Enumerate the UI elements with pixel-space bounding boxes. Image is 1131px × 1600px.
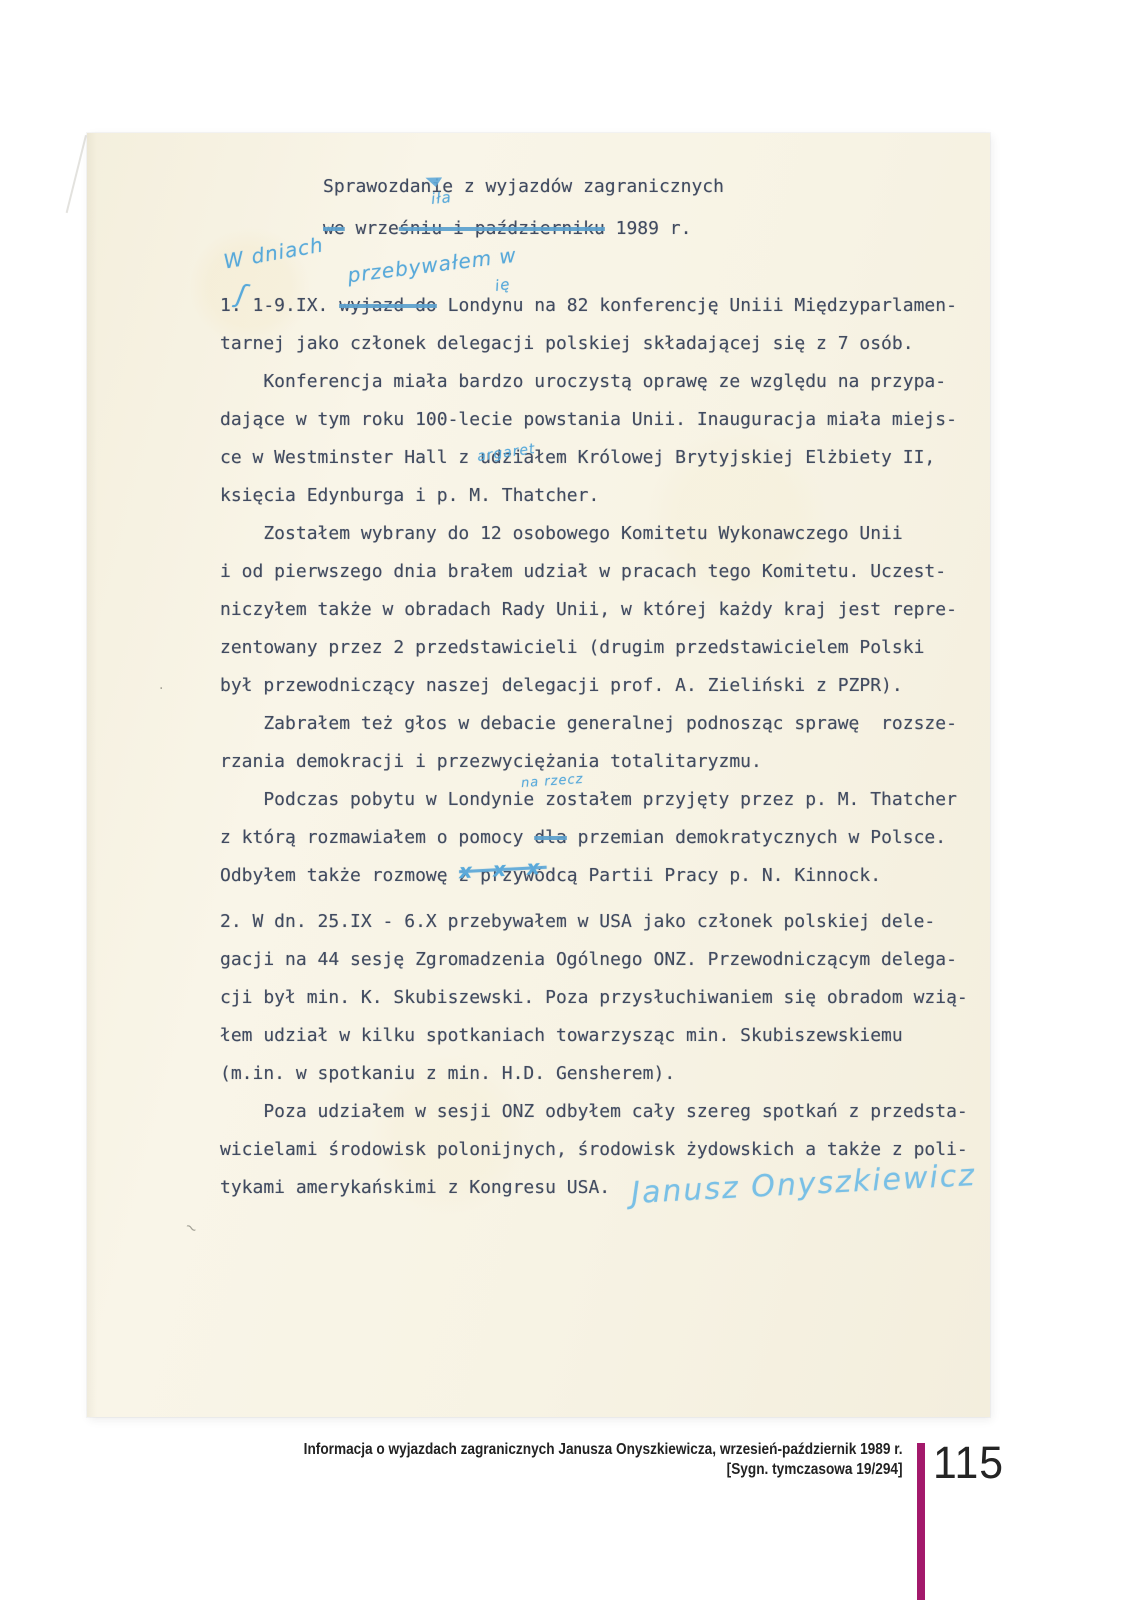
page: { "colors": { "accent_bar": "#a3196b", "… [0, 0, 1131, 1600]
typed-line-6: księcia Edynburga i p. M. Thatcher. [220, 477, 968, 515]
typed-line-15: z którą rozmawiałem o pomocy dla przemia… [220, 819, 968, 857]
typed-line-9: niczyłem także w obradach Rady Unii, w k… [220, 591, 968, 629]
typed-text: rzania demokracji i przezwyciężania tota… [220, 751, 762, 772]
archive-caption: Informacja o wyjazdach zagranicznych Jan… [304, 1440, 903, 1479]
typed-text: przemian demokratycznych w Polsce. [567, 827, 946, 848]
typed-text: z którą rozmawiałem o pomocy [220, 827, 534, 848]
caption-line-2: [Sygn. tymczasowa 19/294] [304, 1460, 903, 1480]
typed-line-16: Odbyłem także rozmowę z przywódcą Partii… [220, 857, 968, 895]
typed-text: 1989 r. [605, 218, 692, 239]
stray-dot: · [159, 681, 164, 697]
document-body: 1. 1-9.IX. wyjazd do Londynu na 82 konfe… [220, 287, 968, 1207]
handwritten-xxx-separator: x x x [458, 855, 547, 884]
typed-text: wrze [345, 218, 399, 239]
typed-text: Zabrałem też głos w debacie generalnej p… [220, 713, 957, 734]
struck-text: we [323, 218, 345, 239]
typed-text: był przewodniczący naszej delegacji prof… [220, 675, 903, 696]
typed-line-8: i od pierwszego dnia brałem udział w pra… [220, 553, 968, 591]
typed-text: 2. W dn. 25.IX - 6.X przebywałem w USA j… [220, 911, 935, 932]
typed-line-1: 1. 1-9.IX. wyjazd do Londynu na 82 konfe… [220, 287, 968, 325]
typed-text: Sprawozdanie z wyjazdów zagranicznych [323, 176, 724, 197]
title-line-1: Sprawozdanie z wyjazdów zagranicznych [323, 166, 724, 208]
typed-line-2: tarnej jako członek delegacji polskiej s… [220, 325, 968, 363]
typed-text: zentowany przez 2 przedstawicieli (drugi… [220, 637, 924, 658]
typed-text: Odbyłem także rozmowę z przywódcą Partii… [220, 865, 881, 886]
typed-text: łem udział w kilku spotkaniach towarzysz… [220, 1025, 903, 1046]
accent-bar [917, 1443, 925, 1600]
typed-line-10: zentowany przez 2 przedstawicieli (drugi… [220, 629, 968, 667]
typed-text: Londynu na 82 konferencję Uniii Międzypa… [437, 295, 957, 316]
typed-line-21: (m.in. w spotkaniu z min. H.D. Gensherem… [220, 1055, 968, 1093]
typed-text: tarnej jako członek delegacji polskiej s… [220, 333, 914, 354]
page-number: 115 [933, 1437, 1004, 1489]
document-title: Sprawozdanie z wyjazdów zagranicznychwe … [323, 166, 724, 250]
typed-line-17: 2. W dn. 25.IX - 6.X przebywałem w USA j… [220, 903, 968, 941]
typed-text: Poza udziałem w sesji ONZ odbyłem cały s… [220, 1101, 968, 1122]
typed-line-5: ce w Westminster Hall z udziałem Królowe… [220, 439, 968, 477]
handwritten-correction-w-dniach: W dniach [222, 232, 326, 273]
typed-text: dające w tym roku 100-lecie powstania Un… [220, 409, 957, 430]
typed-line-13: rzania demokracji i przezwyciężania tota… [220, 743, 968, 781]
scanned-document: Sprawozdanie z wyjazdów zagranicznychwe … [87, 133, 990, 1417]
typed-line-12: Zabrałem też głos w debacie generalnej p… [220, 705, 968, 743]
struck-text: śniu i październiku [399, 218, 605, 239]
typed-text: Podczas pobytu w Londynie zostałem przyj… [220, 789, 957, 810]
typed-text: i od pierwszego dnia brałem udział w pra… [220, 561, 946, 582]
struck-text: dla [534, 827, 567, 848]
typed-text: ce w Westminster Hall z udziałem Królowe… [220, 447, 935, 468]
typed-text: gacji na 44 sesję Zgromadzenia Ogólnego … [220, 949, 957, 970]
typed-line-20: łem udział w kilku spotkaniach towarzysz… [220, 1017, 968, 1055]
struck-text: wyjazd do [339, 295, 437, 316]
typed-text: Zostałem wybrany do 12 osobowego Komitet… [220, 523, 903, 544]
paper-crease [66, 135, 87, 213]
handwritten-correction-title: iła [430, 188, 452, 208]
handwritten-correction-ie: ię [494, 275, 512, 295]
typed-text: księcia Edynburga i p. M. Thatcher. [220, 485, 599, 506]
typed-text: cji był min. K. Skubiszewski. Poza przys… [220, 987, 968, 1008]
title-line-2: we wrześniu i październiku 1989 r. [323, 208, 724, 250]
typed-line-18: gacji na 44 sesję Zgromadzenia Ogólnego … [220, 941, 968, 979]
typed-line-4: dające w tym roku 100-lecie powstania Un… [220, 401, 968, 439]
caption-line-1: Informacja o wyjazdach zagranicznych Jan… [304, 1440, 903, 1460]
typed-text: wicielami środowisk polonijnych, środowi… [220, 1139, 968, 1160]
typed-text: tykami amerykańskimi z Kongresu USA. [220, 1177, 610, 1198]
typed-line-7: Zostałem wybrany do 12 osobowego Komitet… [220, 515, 968, 553]
typed-line-14: Podczas pobytu w Londynie zostałem przyj… [220, 781, 968, 819]
typed-line-3: Konferencja miała bardzo uroczystą opraw… [220, 363, 968, 401]
typed-text: (m.in. w spotkaniu z min. H.D. Gensherem… [220, 1063, 675, 1084]
typed-line-11: był przewodniczący naszej delegacji prof… [220, 667, 968, 705]
typed-text: niczyłem także w obradach Rady Unii, w k… [220, 599, 957, 620]
typed-line-22: Poza udziałem w sesji ONZ odbyłem cały s… [220, 1093, 968, 1131]
typed-line-19: cji był min. K. Skubiszewski. Poza przys… [220, 979, 968, 1017]
typed-text: Konferencja miała bardzo uroczystą opraw… [220, 371, 946, 392]
stray-smudge: ~ [181, 1217, 202, 1240]
